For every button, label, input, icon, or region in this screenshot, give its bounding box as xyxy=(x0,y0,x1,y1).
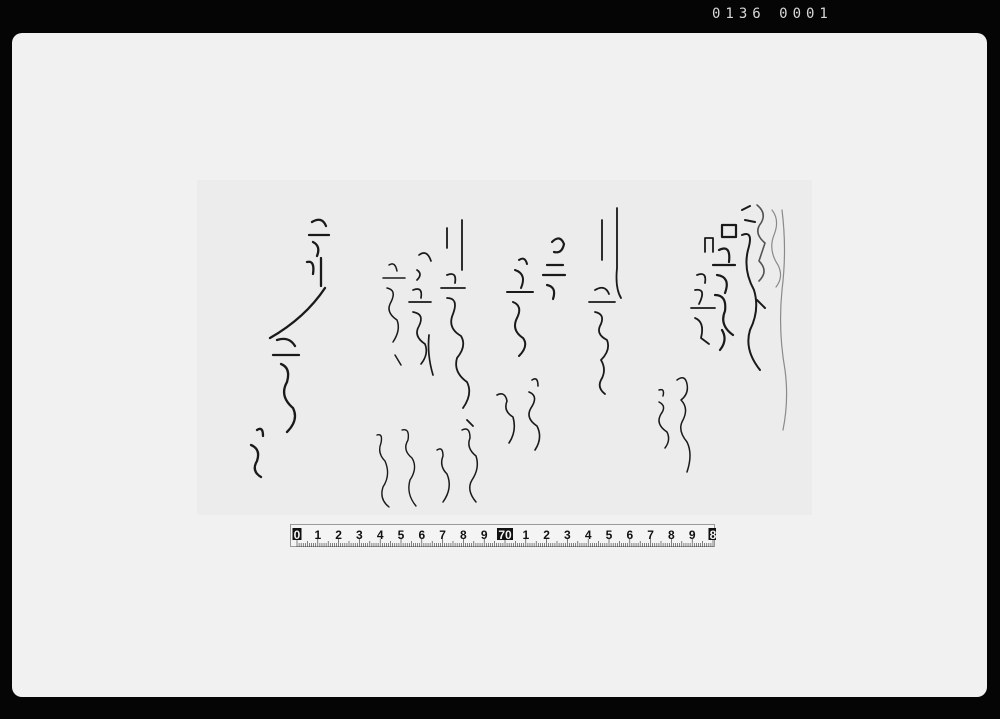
svg-text:4: 4 xyxy=(585,528,592,542)
svg-text:5: 5 xyxy=(398,528,405,542)
scale-ruler: 0123456789701234567898 xyxy=(290,524,715,547)
svg-text:7: 7 xyxy=(439,528,446,542)
svg-text:2: 2 xyxy=(543,528,550,542)
svg-text:7: 7 xyxy=(647,528,654,542)
svg-text:70: 70 xyxy=(498,528,512,542)
svg-text:5: 5 xyxy=(606,528,613,542)
svg-text:8: 8 xyxy=(710,528,716,542)
handwritten-text xyxy=(197,180,812,515)
svg-text:2: 2 xyxy=(335,528,342,542)
svg-text:4: 4 xyxy=(377,528,384,542)
svg-text:1: 1 xyxy=(314,528,321,542)
svg-text:1: 1 xyxy=(522,528,529,542)
svg-text:0: 0 xyxy=(294,528,301,542)
svg-text:9: 9 xyxy=(481,528,488,542)
svg-text:9: 9 xyxy=(689,528,696,542)
svg-text:3: 3 xyxy=(356,528,363,542)
svg-text:6: 6 xyxy=(418,528,425,542)
svg-text:3: 3 xyxy=(564,528,571,542)
frame-number: 0136 0001 xyxy=(712,6,833,22)
svg-text:8: 8 xyxy=(668,528,675,542)
svg-text:8: 8 xyxy=(460,528,467,542)
svg-text:6: 6 xyxy=(626,528,633,542)
